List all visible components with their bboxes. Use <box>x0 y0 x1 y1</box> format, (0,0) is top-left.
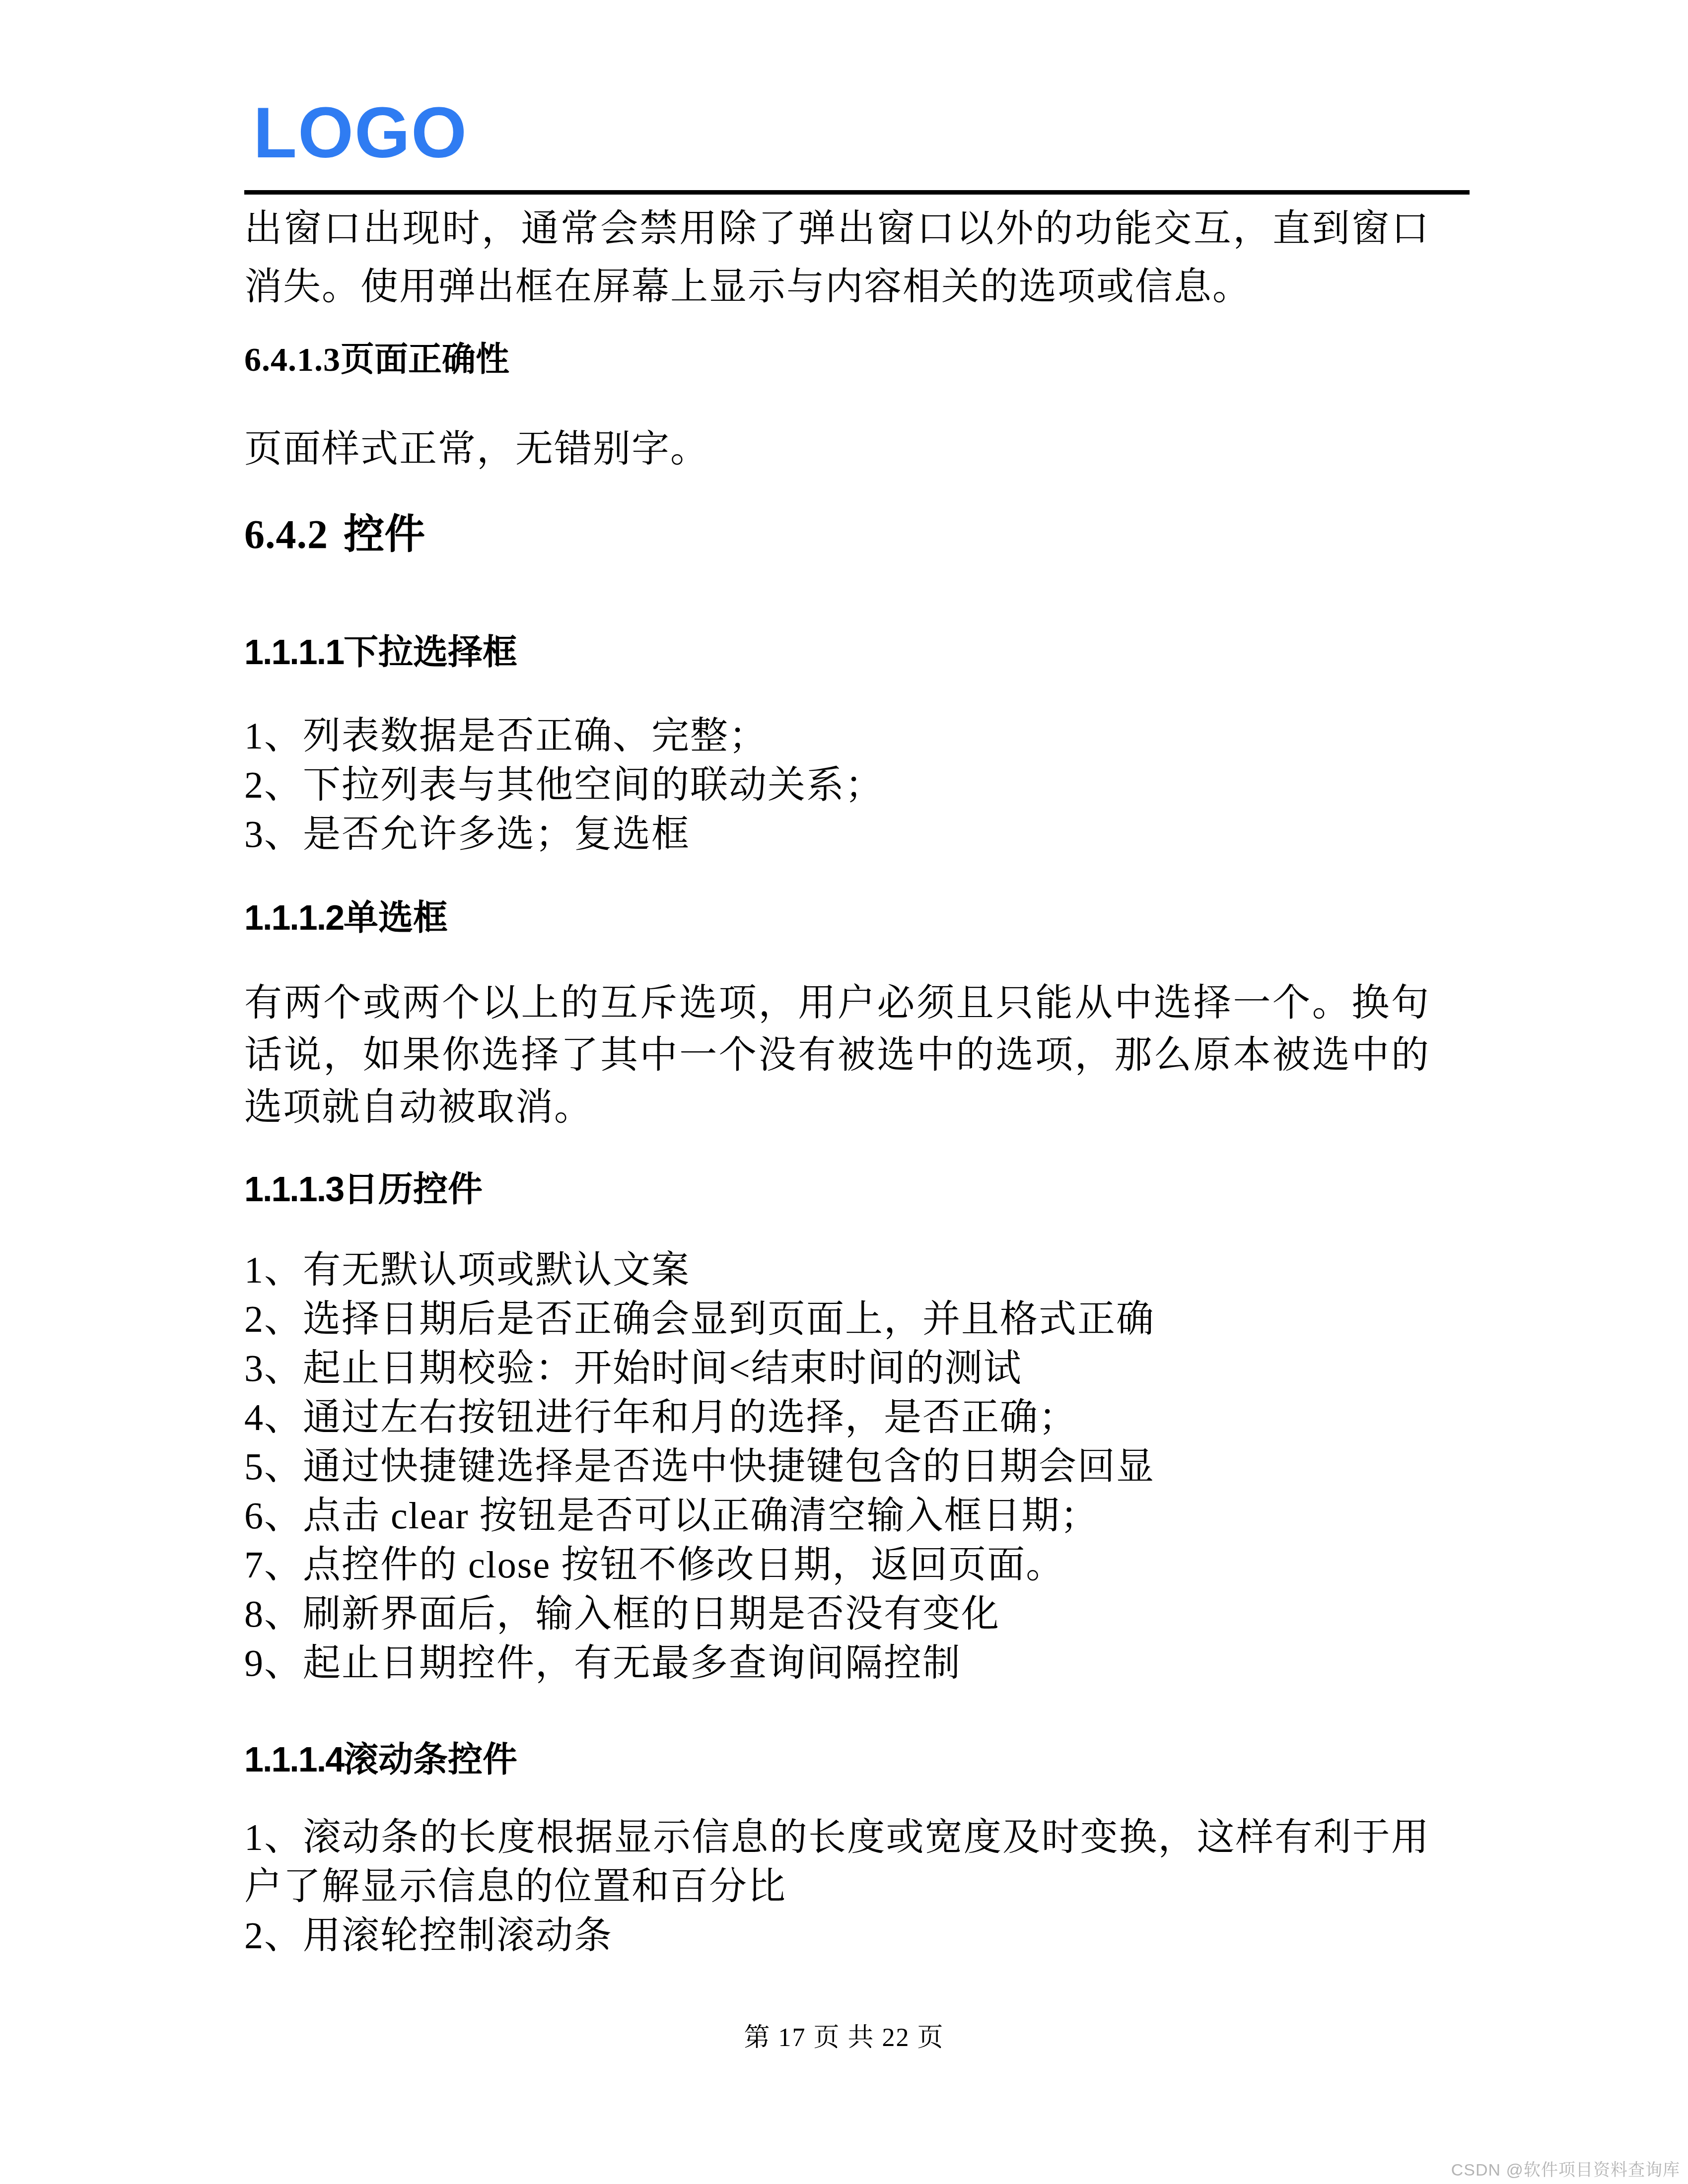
radio-button-paragraph: 有两个或两个以上的互斥选项，用户必须且只能从中选择一个。换句话说，如果你选择了其… <box>244 977 1430 1134</box>
calendar-checklist: 1、有无默认项或默认文案 2、选择日期后是否正确会显到页面上，并且格式正确 3、… <box>244 1246 1430 1688</box>
list-item: 1、列表数据是否正确、完整； <box>244 712 1430 761</box>
list-item: 3、是否允许多选；复选框 <box>244 810 1430 859</box>
document-page: LOGO 出窗口出现时，通常会禁用除了弹出窗口以外的功能交互，直到窗口消失。使用… <box>0 0 1688 2184</box>
heading-title: 控件 <box>344 512 425 557</box>
list-item: 5、通过快捷键选择是否选中快捷键包含的日期会回显 <box>244 1442 1430 1492</box>
csdn-watermark: CSDN @软件项目资料查询库 <box>1451 2160 1680 2180</box>
heading-page-correctness: 6.4.1.3页面正确性 <box>244 339 1430 380</box>
page-header: LOGO <box>0 0 1688 198</box>
heading-radio-button: 1.1.1.2单选框 <box>244 897 1430 939</box>
page-number-footer: 第 17 页 共 22 页 <box>0 2023 1688 2053</box>
document-body: 出窗口出现时，通常会禁用除了弹出窗口以外的功能交互，直到窗口消失。使用弹出框在屏… <box>244 200 1430 1961</box>
heading-number: 6.4.1.3 <box>244 341 341 378</box>
list-item: 6、点击 clear 按钮是否可以正确清空输入框日期； <box>244 1492 1430 1541</box>
header-divider-rule <box>244 190 1470 195</box>
heading-title: 单选框 <box>344 898 448 937</box>
list-item: 2、用滚轮控制滚动条 <box>244 1911 1430 1961</box>
scrollbar-checklist: 1、滚动条的长度根据显示信息的长度或宽度及时变换，这样有利于用户了解显示信息的位… <box>244 1813 1430 1961</box>
heading-calendar-control: 1.1.1.3日历控件 <box>244 1168 1430 1210</box>
heading-title: 日历控件 <box>344 1170 483 1209</box>
heading-number: 1.1.1.4 <box>244 1740 344 1779</box>
heading-number: 1.1.1.1 <box>244 633 344 672</box>
heading-scrollbar-control: 1.1.1.4滚动条控件 <box>244 1739 1430 1780</box>
heading-title: 下拉选择框 <box>344 633 517 672</box>
list-item: 2、选择日期后是否正确会显到页面上，并且格式正确 <box>244 1295 1430 1344</box>
heading-number: 1.1.1.3 <box>244 1170 344 1209</box>
heading-dropdown-select: 1.1.1.1下拉选择框 <box>244 631 1430 673</box>
logo-text: LOGO <box>253 97 468 169</box>
list-item: 8、刷新界面后，输入框的日期是否没有变化 <box>244 1590 1430 1639</box>
list-item: 3、起止日期校验：开始时间<结束时间的测试 <box>244 1344 1430 1393</box>
list-item: 1、滚动条的长度根据显示信息的长度或宽度及时变换，这样有利于用户了解显示信息的位… <box>244 1813 1430 1911</box>
heading-number: 1.1.1.2 <box>244 898 344 937</box>
heading-controls: 6.4.2控件 <box>244 510 1430 559</box>
list-item: 1、有无默认项或默认文案 <box>244 1246 1430 1295</box>
list-item: 7、点控件的 close 按钮不修改日期，返回页面。 <box>244 1541 1430 1590</box>
list-item: 9、起止日期控件，有无最多查询间隔控制 <box>244 1639 1430 1688</box>
list-item: 4、通过左右按钮进行年和月的选择，是否正确； <box>244 1393 1430 1442</box>
list-item: 2、下拉列表与其他空间的联动关系； <box>244 761 1430 810</box>
intro-paragraph: 出窗口出现时，通常会禁用除了弹出窗口以外的功能交互，直到窗口消失。使用弹出框在屏… <box>244 200 1430 316</box>
dropdown-checklist: 1、列表数据是否正确、完整； 2、下拉列表与其他空间的联动关系； 3、是否允许多… <box>244 712 1430 859</box>
heading-number: 6.4.2 <box>244 512 328 557</box>
heading-title: 滚动条控件 <box>344 1740 517 1779</box>
page-correctness-body: 页面样式正常，无错别字。 <box>244 420 1430 478</box>
heading-title: 页面正确性 <box>341 341 509 378</box>
